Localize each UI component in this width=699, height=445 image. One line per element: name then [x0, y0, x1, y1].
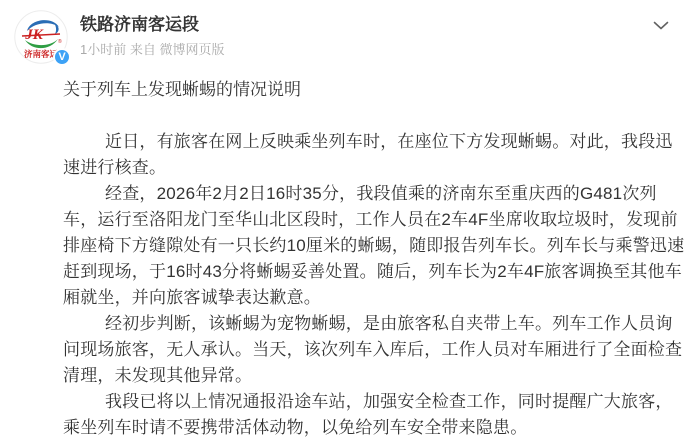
weibo-post: JK ® 济南客运 V 铁路济南客运段 1小时前 来自 微博网页版 关于列车上发…: [0, 0, 699, 445]
post-paragraph: 近日，有旅客在网上反映乘坐列车时，在座位下方发现蜥蜴。对此，我段迅速进行核查。: [63, 129, 687, 181]
logo-registered-mark: ®: [58, 38, 62, 45]
logo-monogram: JK: [24, 27, 44, 43]
post-paragraph: 经初步判断，该蜥蜴为宠物蜥蜴，是由旅客私自夹带上车。列车工作人员询问现场旅客，无…: [63, 311, 687, 389]
post-meta-timestamp-source: 1小时前 来自 微博网页版: [80, 42, 224, 58]
username[interactable]: 铁路济南客运段: [80, 14, 224, 36]
chevron-down-icon: [653, 21, 669, 31]
post-title: 关于列车上发现蜥蜴的情况说明: [63, 77, 687, 103]
verified-v-badge: V: [53, 48, 71, 66]
post-body: 近日，有旅客在网上反映乘坐列车时，在座位下方发现蜥蜴。对此，我段迅速进行核查。 …: [63, 129, 687, 441]
user-block: 铁路济南客运段 1小时前 来自 微博网页版: [80, 14, 224, 58]
post-paragraph: 我段已将以上情况通报沿途车站，加强安全检查工作，同时提醒广大旅客，乘坐列车时请不…: [63, 389, 687, 441]
post-paragraph: 经查，2026年2月2日16时35分，我段值乘的济南东至重庆西的G481次列车，…: [63, 181, 687, 311]
avatar[interactable]: JK ® 济南客运 V: [14, 10, 68, 64]
post-header: JK ® 济南客运 V 铁路济南客运段 1小时前 来自 微博网页版: [14, 10, 685, 64]
post-options-button[interactable]: [649, 16, 673, 36]
post-content: 关于列车上发现蜥蜴的情况说明 近日，有旅客在网上反映乘坐列车时，在座位下方发现蜥…: [63, 77, 687, 441]
